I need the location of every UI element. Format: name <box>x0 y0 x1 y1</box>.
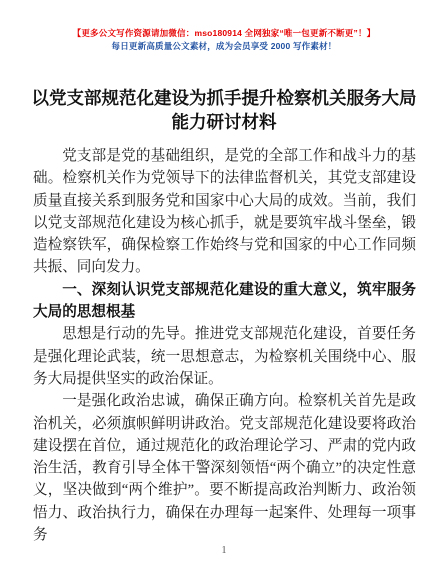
promo-header: 【更多公文写作资源请加微信：mso180914 全网独家“唯一包更新不断更”！】… <box>0 0 448 52</box>
page-number: 1 <box>0 545 448 556</box>
document-page: 【更多公文写作资源请加微信：mso180914 全网独家“唯一包更新不断更”！】… <box>0 0 448 580</box>
document-title: 以党支部规范化建设为抓手提升检察机关服务大局能力研讨材料 <box>28 86 420 134</box>
promo-header-line1: 【更多公文写作资源请加微信：mso180914 全网独家“唯一包更新不断更”！】 <box>0 27 448 39</box>
body-paragraph-3: 一是强化政治忠诚，确保正确方向。检察机关首先是政治机关，必须旗帜鲜明讲政治。党支… <box>33 390 416 546</box>
section-heading-1: 一、深刻认识党支部规范化建设的重大意义，筑牢服务大局的思想根基 <box>33 279 416 324</box>
body-paragraph-2: 思想是行动的先导。推进党支部规范化建设，首要任务是强化理论武装，统一思想意志，为… <box>33 323 416 390</box>
promo-header-line2: 每日更新高质量公文素材，成为会员享受 2000 写作素材！ <box>0 40 448 52</box>
body-paragraph-1: 党支部是党的基础组织，是党的全部工作和战斗力的基础。检察机关作为党领导下的法律监… <box>33 145 416 279</box>
document-body: 党支部是党的基础组织，是党的全部工作和战斗力的基础。检察机关作为党领导下的法律监… <box>33 145 416 546</box>
